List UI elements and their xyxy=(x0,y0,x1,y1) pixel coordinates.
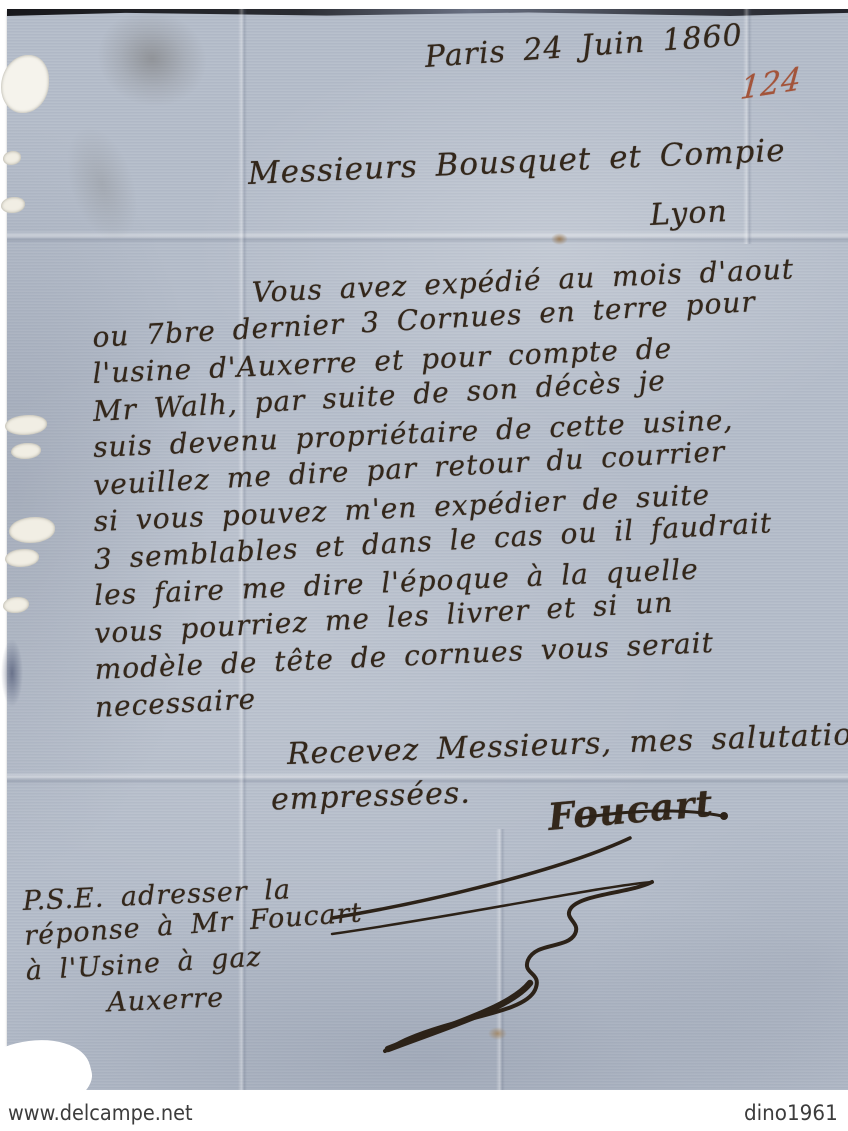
letter-scan: Paris 24 Juin 1860 124 Messieurs Bousque… xyxy=(0,0,848,1131)
paper-tear-2 xyxy=(3,151,21,165)
scan-top-edge xyxy=(7,9,848,16)
postscript: P.S.E. adresser la réponse à Mr Foucart … xyxy=(22,869,367,1024)
stain-foxing-dot-2 xyxy=(488,1027,507,1040)
stain-foxing-dot-1 xyxy=(551,233,568,245)
paper-tear-3 xyxy=(1,197,25,213)
paper-tear-6 xyxy=(9,517,55,543)
stain-top-streak xyxy=(33,89,171,278)
footer-bar: www.delcampe.net dino1961 xyxy=(0,1090,848,1131)
paper-tear-8 xyxy=(3,597,29,613)
paper-tear-1 xyxy=(1,55,49,113)
paper-tear-5 xyxy=(11,443,41,459)
stain-ink-left-edge xyxy=(1,639,23,707)
recipient-line2: Lyon xyxy=(649,194,728,233)
watermark-seller: dino1961 xyxy=(744,1101,838,1125)
paper-tear-4 xyxy=(5,415,47,435)
fold-crease-vertical-3 xyxy=(496,829,505,1090)
fold-crease-horizontal-1 xyxy=(7,231,848,243)
paper-tear-7 xyxy=(5,549,39,567)
watermark-url: www.delcampe.net xyxy=(8,1101,193,1125)
closing-line2: empressées. xyxy=(270,776,471,818)
fold-crease-vertical-2 xyxy=(743,9,752,244)
letter-body: Vous avez expédié au mois d'aout ou 7bre… xyxy=(92,276,798,725)
stain-top-smudge xyxy=(87,0,217,118)
